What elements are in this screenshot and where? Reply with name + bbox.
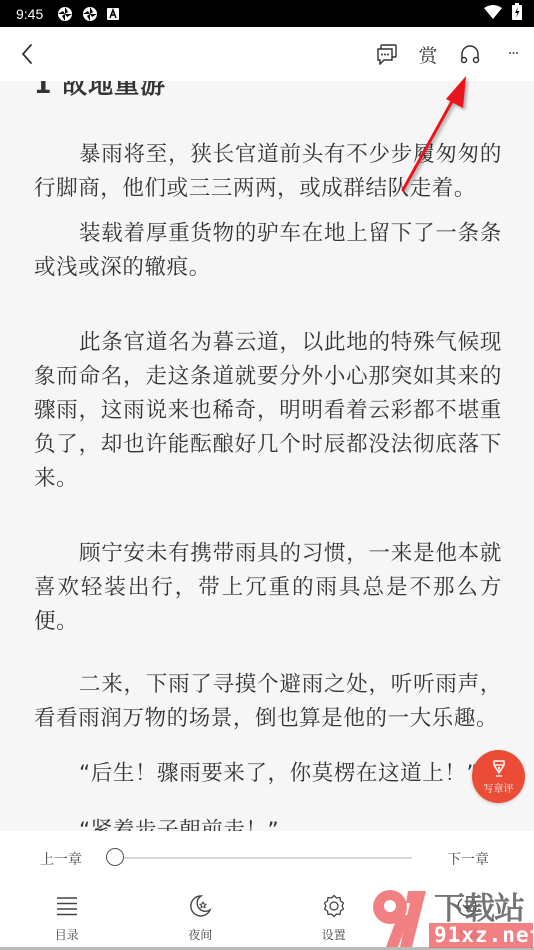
status-time: 9:45 — [16, 6, 43, 22]
reader-top-bar: 赏 ··· — [0, 27, 534, 81]
battery-charging-icon — [512, 3, 522, 24]
nav-item-toc[interactable]: 目录 — [0, 889, 134, 947]
reader-bottom-panel: 上一章 下一章 目录 夜间 — [0, 831, 534, 950]
back-button[interactable] — [16, 42, 40, 66]
reward-icon: 赏 — [418, 41, 437, 68]
nav-label: 设置 — [322, 926, 346, 943]
paragraph: 此条官道名为暮云道，以此地的特殊气候现象而命名，走这条道就要分外小心那突如其来的… — [34, 326, 502, 496]
nav-label: 目录 — [55, 926, 79, 943]
paragraph: 暴雨将至，狭长官道前头有不少步履匆匆的行脚商，他们或三三两两，或成群结队走着。 — [34, 138, 502, 206]
paragraph: “紧着步子朝前走！” — [34, 814, 502, 831]
list-icon — [54, 893, 80, 919]
fab-label: 写章评 — [484, 780, 514, 795]
status-bar: 9:45 — [0, 0, 534, 27]
sync-icon — [57, 6, 73, 22]
chevron-left-icon — [16, 42, 40, 66]
more-dots-icon: ··· — [508, 46, 518, 62]
nav-item-settings[interactable]: 设置 — [267, 889, 401, 947]
paragraph: 装载着厚重货物的驴车在地上留下了一条条或浅或深的辙痕。 — [34, 217, 502, 285]
bottom-nav: 目录 夜间 设置 — [0, 889, 534, 947]
headphones-icon — [459, 43, 481, 65]
paragraph: “后生！骤雨要来了，你莫楞在这道上！” — [34, 757, 502, 791]
paragraph: 顾宁安未有携带雨具的习惯，一来是他本就喜欢轻装出行，带上冗重的雨具总是不那么方便… — [34, 537, 502, 639]
next-chapter-button[interactable]: 下一章 — [447, 849, 489, 869]
download-icon — [454, 893, 480, 919]
gear-icon — [321, 893, 347, 919]
reader-content[interactable]: 1 故地重游 暴雨将至，狭长官道前头有不少步履匆匆的行脚商，他们或三三两两，或成… — [0, 81, 534, 831]
fountain-pen-icon — [490, 759, 508, 779]
nav-item-download[interactable]: 下载 — [401, 889, 534, 947]
a-badge-icon — [107, 8, 119, 20]
nav-item-night-mode[interactable]: 夜间 — [134, 889, 268, 947]
comments-button[interactable] — [375, 42, 399, 66]
wifi-icon — [484, 4, 502, 23]
more-button[interactable]: ··· — [501, 42, 525, 66]
chapter-slider-row: 上一章 下一章 — [0, 831, 534, 885]
prev-chapter-button[interactable]: 上一章 — [40, 849, 82, 869]
nav-label: 下载 — [455, 926, 479, 943]
listen-button[interactable] — [458, 42, 482, 66]
chapter-progress-slider[interactable] — [114, 857, 412, 859]
nav-label: 夜间 — [188, 926, 212, 943]
moon-star-icon — [187, 893, 213, 919]
write-chapter-comment-button[interactable]: 写章评 — [472, 750, 525, 803]
chapter-title: 1 故地重游 — [34, 81, 166, 101]
paragraph: 二来，下雨了寻摸个避雨之处，听听雨声，看看雨润万物的场景，倒也算是他的一大乐趣。 — [34, 668, 502, 736]
slider-thumb[interactable] — [106, 848, 124, 866]
reward-button[interactable]: 赏 — [416, 42, 440, 66]
comment-bubbles-icon — [376, 43, 398, 65]
sync-icon — [82, 6, 98, 22]
